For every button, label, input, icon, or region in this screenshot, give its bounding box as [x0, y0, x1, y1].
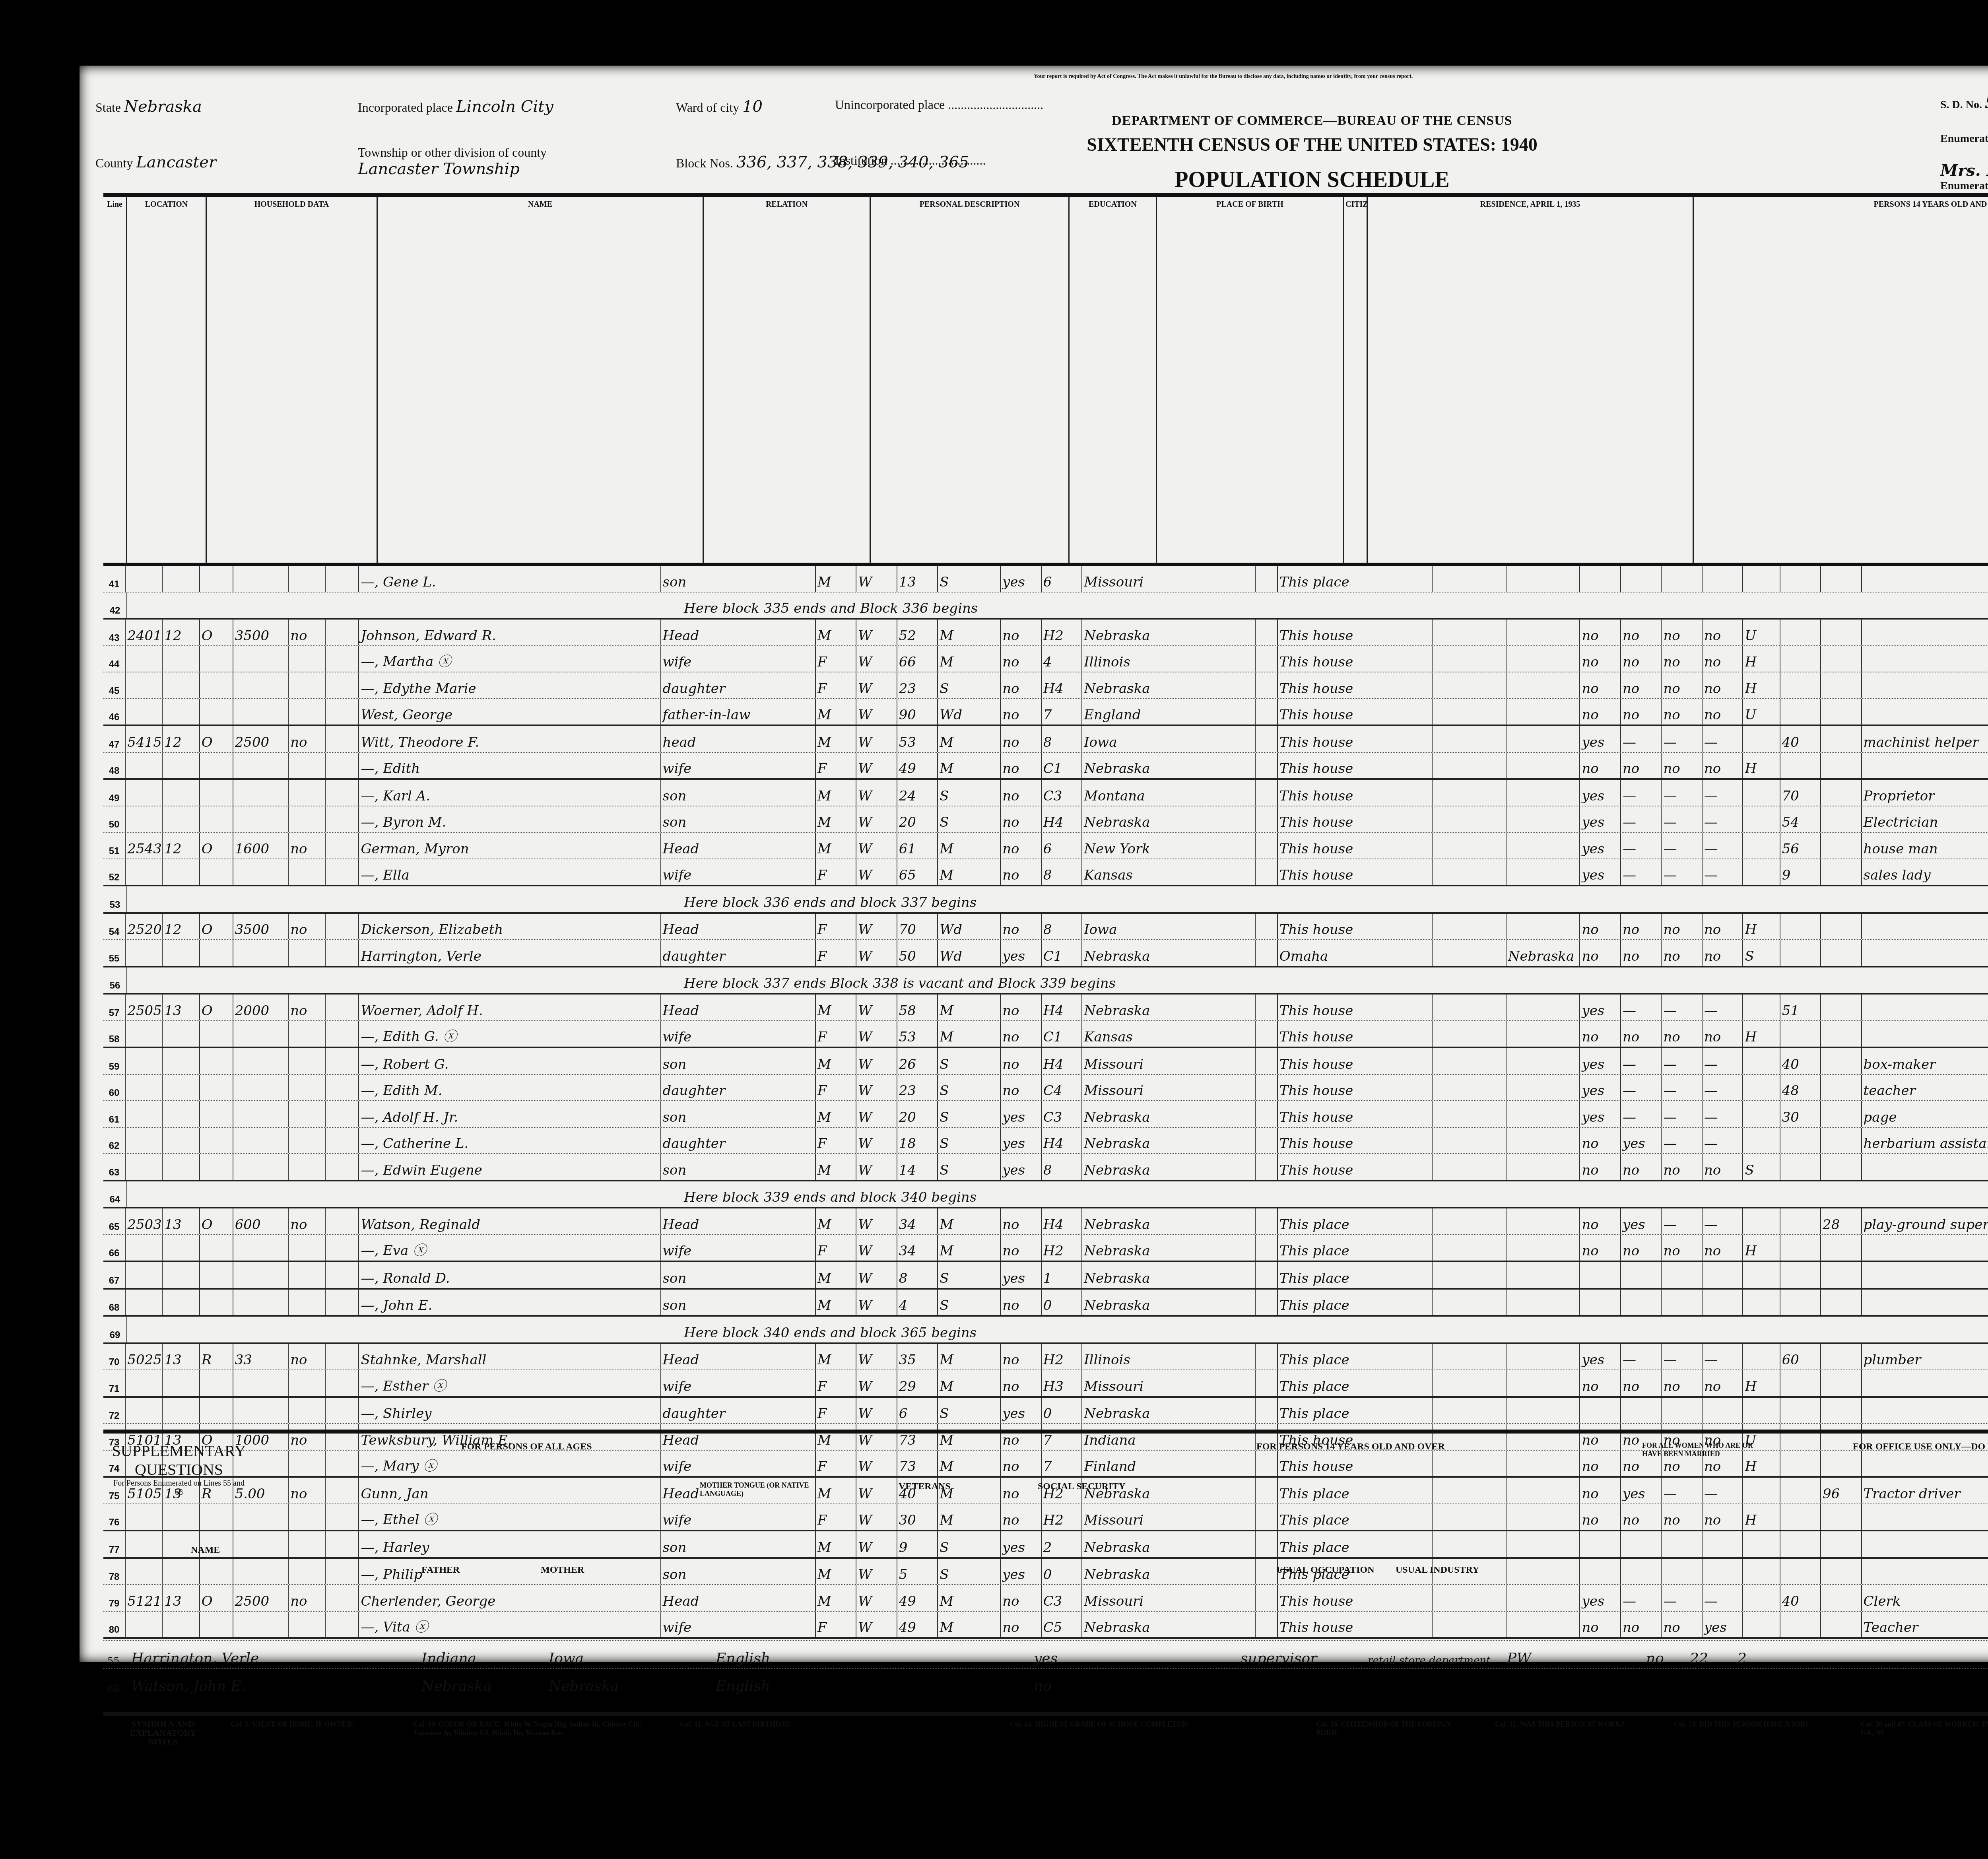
- cell-fam: [200, 859, 233, 885]
- cell-house: 13: [163, 1344, 200, 1370]
- cell-street: [126, 780, 163, 806]
- cell-name: Woerner, Adolf H.: [359, 995, 661, 1020]
- cell-f27: [1821, 1048, 1862, 1074]
- cell-f23: —: [1662, 833, 1702, 859]
- cell-county: [1433, 914, 1507, 940]
- cell-res1935: This house: [1278, 699, 1433, 725]
- cell-value: [289, 1101, 326, 1127]
- block-note-row: 69Here block 340 ends and block 365 begi…: [103, 1317, 1988, 1344]
- cell-f25: [1743, 833, 1780, 859]
- cell-race: W: [856, 780, 897, 806]
- col-group-personal: PERSONAL DESCRIPTION: [871, 197, 1070, 563]
- cell-hours: [1780, 1208, 1821, 1234]
- population-table: Line LOCATION HOUSEHOLD DATA NAME RELATI…: [103, 193, 1988, 1639]
- cell-birthplace: New York: [1082, 833, 1255, 859]
- cell-grade: C3: [1042, 780, 1082, 806]
- cell-f21: [1580, 1290, 1621, 1315]
- cell-race: W: [856, 1101, 897, 1127]
- census-sheet: State Nebraska County Lancaster Incorpor…: [80, 66, 1988, 1662]
- cell-farm: [326, 1101, 359, 1127]
- cell-street: [126, 1128, 163, 1154]
- cell-marital: S: [938, 672, 1001, 698]
- cell-age: 49: [897, 753, 938, 779]
- cell-age: 66: [897, 646, 938, 672]
- cell-f22: —: [1621, 780, 1662, 806]
- cell-own: 33: [233, 1344, 289, 1370]
- supp-ss-col: SOCIAL SECURITY: [1038, 1481, 1126, 1492]
- table-row: 55Harrington, VerledaughterFW50WdyesC1Ne…: [103, 940, 1988, 967]
- cell-own: [233, 566, 289, 592]
- cell-race: W: [856, 940, 897, 966]
- cell-farm: [326, 1154, 359, 1180]
- cell-relation: daughter: [661, 940, 816, 966]
- cell-sex: M: [816, 995, 856, 1020]
- cell-f25: [1743, 995, 1780, 1020]
- table-row: 59—, Robert G.sonMW26SnoH4MissouriThis h…: [103, 1048, 1988, 1075]
- cell-farm: [326, 940, 359, 966]
- cell-f23: no: [1662, 646, 1702, 672]
- line-number: 54: [103, 914, 126, 940]
- cell-marital: S: [938, 1101, 1001, 1127]
- cell-race: W: [856, 806, 897, 832]
- cell-school: no: [1001, 620, 1041, 645]
- cell-fam: O: [200, 914, 233, 940]
- cell-fam: [200, 806, 233, 832]
- cell-name: —, Karl A.: [359, 780, 661, 806]
- supp-row-68: 68 Watson, John E. Nebraska Nebraska Eng…: [103, 1668, 1988, 1697]
- cell-occupation: plumber: [1862, 1344, 1988, 1370]
- cell-own: [233, 1262, 289, 1288]
- cell-grade: 8: [1042, 914, 1082, 940]
- cell-f25: [1743, 859, 1780, 885]
- cell-occupation: machinist helper: [1862, 726, 1988, 752]
- table-row: 57250513O2000noWoerner, Adolf H.HeadMW58…: [103, 995, 1988, 1021]
- col-group-household: HOUSEHOLD DATA: [207, 197, 378, 563]
- title-block: DEPARTMENT OF COMMERCE—BUREAU OF THE CEN…: [1074, 85, 1551, 192]
- line-number: 72: [103, 1398, 126, 1424]
- cell-cit: [1256, 699, 1278, 725]
- cell-house: [163, 753, 200, 779]
- cell-res1935: This house: [1278, 859, 1433, 885]
- cell-county: [1433, 1398, 1507, 1424]
- cell-fam: [200, 699, 233, 725]
- cell-f25: U: [1743, 620, 1780, 645]
- cell-value: [289, 940, 326, 966]
- cell-farm: [326, 1208, 359, 1234]
- cell-school: no: [1001, 859, 1041, 885]
- cell-county: [1433, 780, 1507, 806]
- cell-county: [1433, 940, 1507, 966]
- cell-hours: 56: [1780, 833, 1821, 859]
- cell-name: Harrington, Verle: [359, 940, 661, 966]
- cell-occupation: house man: [1862, 833, 1988, 859]
- cell-school: no: [1001, 1235, 1041, 1261]
- cell-occupation: herbarium assistant: [1862, 1128, 1988, 1154]
- cell-street: [126, 859, 163, 885]
- cell-race: W: [856, 914, 897, 940]
- cell-school: no: [1001, 1208, 1041, 1234]
- cell-race: W: [856, 646, 897, 672]
- table-row: 50—, Byron M.sonMW20SnoH4NebraskaThis ho…: [103, 806, 1988, 833]
- cell-f21: yes: [1580, 833, 1621, 859]
- cell-f23: no: [1662, 1021, 1702, 1047]
- cell-cit: [1256, 753, 1278, 779]
- cell-f21: yes: [1580, 859, 1621, 885]
- cell-street: [126, 1290, 163, 1315]
- cell-value: [289, 1398, 326, 1424]
- cell-f23: no: [1662, 940, 1702, 966]
- cell-marital: S: [938, 1048, 1001, 1074]
- cell-f25: [1743, 1290, 1780, 1315]
- cell-f24: no: [1703, 1235, 1743, 1261]
- cell-cit: [1256, 726, 1278, 752]
- table-row: 70502513R33noStahnke, MarshallHeadMW35Mn…: [103, 1344, 1988, 1371]
- supp-all-ages-header: FOR PERSONS OF ALL AGES: [461, 1441, 592, 1452]
- cell-occupation: Electrician: [1862, 806, 1988, 832]
- cell-school: no: [1001, 699, 1041, 725]
- cell-f27: [1821, 646, 1862, 672]
- cell-grade: H2: [1042, 1235, 1082, 1261]
- county-field: County Lancaster: [95, 153, 216, 171]
- cell-birthplace: Nebraska: [1082, 1101, 1255, 1127]
- cell-f24: —: [1703, 726, 1743, 752]
- cell-grade: C1: [1042, 753, 1082, 779]
- cell-birthplace: Iowa: [1082, 914, 1255, 940]
- cell-sex: M: [816, 726, 856, 752]
- cell-marital: S: [938, 1262, 1001, 1288]
- cell-own: [233, 1398, 289, 1424]
- cell-fam: [200, 1075, 233, 1101]
- supplementary-questions: SUPPLEMENTARY QUESTIONS For Persons Enum…: [103, 1430, 1988, 1716]
- cell-f25: H: [1743, 672, 1780, 698]
- cell-value: [289, 1021, 326, 1047]
- cell-sex: F: [816, 940, 856, 966]
- cell-county: [1433, 1290, 1507, 1315]
- cell-marital: M: [938, 995, 1001, 1020]
- cell-race: W: [856, 1235, 897, 1261]
- cell-house: [163, 1235, 200, 1261]
- cell-county: [1433, 1235, 1507, 1261]
- cell-name: —, John E.: [359, 1290, 661, 1315]
- cell-value: no: [289, 1344, 326, 1370]
- department-title: DEPARTMENT OF COMMERCE—BUREAU OF THE CEN…: [1074, 113, 1551, 128]
- cell-marital: M: [938, 726, 1001, 752]
- cell-hours: 30: [1780, 1101, 1821, 1127]
- block-note: Here block 336 ends and block 337 begins: [127, 886, 1988, 912]
- cell-f21: no: [1580, 940, 1621, 966]
- cell-value: [289, 1235, 326, 1261]
- cell-marital: S: [938, 1128, 1001, 1154]
- cell-f24: [1703, 1262, 1743, 1288]
- supp-industry-col: USUAL INDUSTRY: [1396, 1565, 1479, 1575]
- cell-f21: no: [1580, 1235, 1621, 1261]
- table-row: 67—, Ronald D.sonMW8Syes1NebraskaThis pl…: [103, 1262, 1988, 1290]
- supp-mother-col: MOTHER: [541, 1565, 584, 1575]
- line-number: 61: [103, 1101, 126, 1127]
- cell-f27: [1821, 780, 1862, 806]
- cell-sex: M: [816, 1344, 856, 1370]
- cell-cit: [1256, 1344, 1278, 1370]
- cell-farm: [326, 780, 359, 806]
- table-row: 63—, Edwin EugenesonMW14Syes8NebraskaThi…: [103, 1154, 1988, 1181]
- cell-value: [289, 1075, 326, 1101]
- cell-school: yes: [1001, 940, 1041, 966]
- line-number: 51: [103, 833, 126, 859]
- cell-hours: 54: [1780, 806, 1821, 832]
- table-row: 46West, Georgefather-in-lawMW90Wdno7Engl…: [103, 699, 1988, 727]
- cell-f24: no: [1703, 940, 1743, 966]
- cell-grade: 1: [1042, 1262, 1082, 1288]
- cell-birthplace: Missouri: [1082, 566, 1255, 592]
- cell-house: 12: [163, 726, 200, 752]
- cell-marital: Wd: [938, 699, 1001, 725]
- cell-street: 5415: [126, 726, 163, 752]
- cell-birthplace: Kansas: [1082, 1021, 1255, 1047]
- cell-hours: [1780, 646, 1821, 672]
- cell-grade: 4: [1042, 646, 1082, 672]
- cell-f22: —: [1621, 726, 1662, 752]
- cell-f25: [1743, 1398, 1780, 1424]
- cell-state: [1507, 1290, 1580, 1315]
- cell-value: [289, 1154, 326, 1180]
- cell-race: W: [856, 672, 897, 698]
- cell-age: 53: [897, 1021, 938, 1047]
- cell-name: Witt, Theodore F.: [359, 726, 661, 752]
- cell-res1935: This house: [1278, 1101, 1433, 1127]
- cell-name: Johnson, Edward R.: [359, 620, 661, 645]
- cell-sex: M: [816, 699, 856, 725]
- table-row: 43240112O3500noJohnson, Edward R.HeadMW5…: [103, 620, 1988, 646]
- cell-age: 8: [897, 1262, 938, 1288]
- cell-value: [289, 753, 326, 779]
- cell-street: [126, 699, 163, 725]
- cell-grade: 8: [1042, 726, 1082, 752]
- cell-f25: [1743, 1262, 1780, 1288]
- cell-f24: no: [1703, 1154, 1743, 1180]
- cell-house: [163, 1021, 200, 1047]
- cell-own: [233, 1370, 289, 1396]
- cell-state: [1507, 806, 1580, 832]
- cell-cit: [1256, 1290, 1278, 1315]
- cell-race: W: [856, 1290, 897, 1315]
- cell-state: [1507, 672, 1580, 698]
- cell-street: 2520: [126, 914, 163, 940]
- cell-farm: [326, 620, 359, 645]
- cell-race: W: [856, 1370, 897, 1396]
- institution-field: Institution ............................…: [835, 153, 986, 168]
- cell-race: W: [856, 1128, 897, 1154]
- cell-race: W: [856, 833, 897, 859]
- cell-state: [1507, 833, 1580, 859]
- cell-f27: [1821, 1235, 1862, 1261]
- cell-county: [1433, 859, 1507, 885]
- line-number: 64: [103, 1181, 127, 1207]
- cell-relation: wife: [661, 859, 816, 885]
- cell-marital: S: [938, 1290, 1001, 1315]
- state-field: State Nebraska: [95, 97, 202, 116]
- table-row: 62—, Catherine L.daughterFW18SyesH4Nebra…: [103, 1128, 1988, 1154]
- cell-school: no: [1001, 995, 1041, 1020]
- cell-birthplace: Missouri: [1082, 1048, 1255, 1074]
- col-line-no: Line: [103, 197, 127, 563]
- cell-age: 34: [897, 1208, 938, 1234]
- block-note: Here block 337 ends Block 338 is vacant …: [127, 967, 1988, 993]
- cell-school: no: [1001, 726, 1041, 752]
- cell-relation: daughter: [661, 1398, 816, 1424]
- cell-f24: —: [1703, 1048, 1743, 1074]
- cell-school: no: [1001, 1370, 1041, 1396]
- cell-f23: —: [1662, 1208, 1702, 1234]
- cell-age: 6: [897, 1398, 938, 1424]
- cell-birthplace: Missouri: [1082, 1075, 1255, 1101]
- cell-own: 2000: [233, 995, 289, 1020]
- cell-res1935: This house: [1278, 914, 1433, 940]
- cell-house: [163, 699, 200, 725]
- cell-birthplace: Kansas: [1082, 859, 1255, 885]
- cell-hours: [1780, 940, 1821, 966]
- cell-cit: [1256, 940, 1278, 966]
- cell-fam: O: [200, 833, 233, 859]
- cell-grade: H4: [1042, 1128, 1082, 1154]
- table-row: 58—, Edith G. ⓧwifeFW53MnoC1KansasThis h…: [103, 1021, 1988, 1049]
- cell-county: [1433, 995, 1507, 1020]
- cell-marital: Wd: [938, 940, 1001, 966]
- cell-name: —, Adolf H. Jr.: [359, 1101, 661, 1127]
- line-number: 59: [103, 1048, 126, 1074]
- cell-state: [1507, 1128, 1580, 1154]
- cell-birthplace: Illinois: [1082, 646, 1255, 672]
- block-note: Here block 339 ends and block 340 begins: [127, 1181, 1988, 1207]
- cell-value: [289, 1048, 326, 1074]
- cell-county: [1433, 566, 1507, 592]
- cell-name: —, Robert G.: [359, 1048, 661, 1074]
- cell-street: [126, 646, 163, 672]
- cell-f22: no: [1621, 753, 1662, 779]
- cell-farm: [326, 566, 359, 592]
- cell-occupation: [1862, 1021, 1988, 1047]
- cell-sex: F: [816, 672, 856, 698]
- cell-own: [233, 806, 289, 832]
- cell-own: [233, 1128, 289, 1154]
- cell-birthplace: Nebraska: [1082, 1128, 1255, 1154]
- col-group-employment: PERSONS 14 YEARS OLD AND OVER—EMPLOYMENT…: [1694, 197, 1988, 563]
- cell-f24: —: [1703, 806, 1743, 832]
- schedule-title: POPULATION SCHEDULE: [1074, 167, 1551, 192]
- cell-birthplace: Iowa: [1082, 726, 1255, 752]
- cell-relation: son: [661, 1048, 816, 1074]
- cell-f22: yes: [1621, 1208, 1662, 1234]
- line-number: 46: [103, 699, 126, 725]
- cell-farm: [326, 1370, 359, 1396]
- cell-sex: F: [816, 1075, 856, 1101]
- cell-state: [1507, 1101, 1580, 1127]
- cell-relation: wife: [661, 1235, 816, 1261]
- cell-grade: H4: [1042, 806, 1082, 832]
- cell-f24: no: [1703, 1021, 1743, 1047]
- cell-fam: [200, 1048, 233, 1074]
- cell-f23: —: [1662, 726, 1702, 752]
- cell-f25: H: [1743, 1235, 1780, 1261]
- cell-value: no: [289, 833, 326, 859]
- cell-f25: H: [1743, 1370, 1780, 1396]
- cell-occupation: [1862, 995, 1988, 1020]
- cell-value: [289, 780, 326, 806]
- cell-street: 2505: [126, 995, 163, 1020]
- cell-own: 600: [233, 1208, 289, 1234]
- table-row: 60—, Edith M.daughterFW23SnoC4MissouriTh…: [103, 1075, 1988, 1101]
- cell-f27: [1821, 1262, 1862, 1288]
- cell-grade: H4: [1042, 1208, 1082, 1234]
- cell-grade: C1: [1042, 1021, 1082, 1047]
- cell-fam: [200, 646, 233, 672]
- cell-county: [1433, 699, 1507, 725]
- cell-grade: C3: [1042, 1101, 1082, 1127]
- cell-name: —, Gene L.: [359, 566, 661, 592]
- cell-age: 53: [897, 726, 938, 752]
- cell-relation: Head: [661, 995, 816, 1020]
- cell-street: [126, 1154, 163, 1180]
- cell-grade: 7: [1042, 699, 1082, 725]
- cell-f22: no: [1621, 620, 1662, 645]
- table-row: 48—, EdithwifeFW49MnoC1NebraskaThis hous…: [103, 753, 1988, 780]
- cell-state: [1507, 1235, 1580, 1261]
- cell-marital: M: [938, 1208, 1001, 1234]
- cell-occupation: [1862, 672, 1988, 698]
- cell-f27: [1821, 1370, 1862, 1396]
- cell-f24: no: [1703, 914, 1743, 940]
- cell-f25: S: [1743, 940, 1780, 966]
- cell-f22: —: [1621, 995, 1662, 1020]
- cell-county: [1433, 1128, 1507, 1154]
- cell-f25: H: [1743, 753, 1780, 779]
- cell-birthplace: Nebraska: [1082, 1154, 1255, 1180]
- cell-res1935: This house: [1278, 646, 1433, 672]
- cell-race: W: [856, 1262, 897, 1288]
- cell-occupation: Proprietor: [1862, 780, 1988, 806]
- cell-age: 52: [897, 620, 938, 645]
- supp-women-header: FOR ALL WOMEN WHO ARE OR HAVE BEEN MARRI…: [1642, 1441, 1761, 1458]
- cell-hours: [1780, 1290, 1821, 1315]
- cell-res1935: This house: [1278, 806, 1433, 832]
- cell-f24: —: [1703, 1208, 1743, 1234]
- cell-own: 1600: [233, 833, 289, 859]
- cell-grade: H4: [1042, 995, 1082, 1020]
- cell-own: [233, 940, 289, 966]
- cell-relation: daughter: [661, 1128, 816, 1154]
- cell-farm: [326, 1021, 359, 1047]
- cell-state: [1507, 995, 1580, 1020]
- cell-occupation: [1862, 699, 1988, 725]
- cell-own: [233, 780, 289, 806]
- cell-own: [233, 699, 289, 725]
- supp-veterans-col: VETERANS: [899, 1481, 951, 1492]
- cell-street: [126, 1075, 163, 1101]
- cell-county: [1433, 753, 1507, 779]
- cell-relation: head: [661, 726, 816, 752]
- line-number: 43: [103, 620, 126, 645]
- cell-f27: [1821, 1101, 1862, 1127]
- cell-f22: —: [1621, 1344, 1662, 1370]
- table-row: 47541512O2500noWitt, Theodore F.headMW53…: [103, 726, 1988, 753]
- cell-f24: [1703, 1290, 1743, 1315]
- cell-marital: Wd: [938, 914, 1001, 940]
- cell-race: W: [856, 1398, 897, 1424]
- cell-relation: Head: [661, 1208, 816, 1234]
- line-number: 69: [103, 1317, 127, 1342]
- cell-hours: 48: [1780, 1075, 1821, 1101]
- table-row: 54252012O3500noDickerson, ElizabethHeadF…: [103, 914, 1988, 940]
- cell-name: —, Esther ⓧ: [359, 1370, 661, 1396]
